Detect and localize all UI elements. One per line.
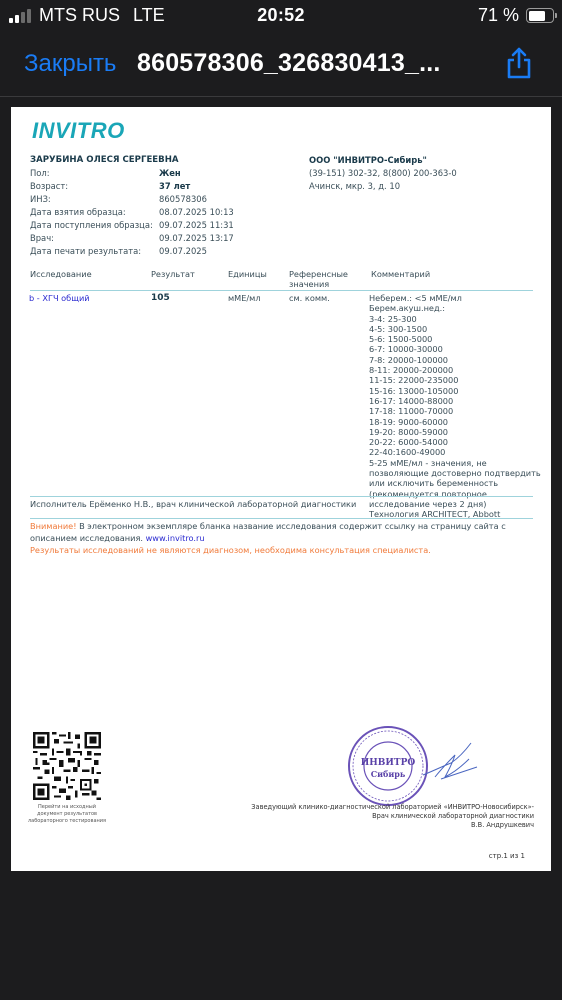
info-label: ИНЗ: bbox=[30, 193, 159, 206]
comment-line: (рекомендуется повторное bbox=[369, 489, 544, 499]
info-label: Возраст: bbox=[30, 180, 159, 193]
signer-block: Заведующий клинико-диагностической лабор… bbox=[251, 803, 534, 830]
info-value: 860578306 bbox=[159, 193, 207, 206]
executor-line: Исполнитель Ерёменко Н.В., врач клиничес… bbox=[30, 499, 356, 509]
qr-caption: Перейти на исходный документ результатов… bbox=[25, 804, 109, 825]
document-title: 860578306_326830413_... bbox=[137, 49, 441, 78]
divider bbox=[30, 518, 533, 519]
org-phone: (39-151) 302-32, 8(800) 200-363-0 bbox=[309, 167, 457, 180]
comment-line: 8-11: 20000-200000 bbox=[369, 365, 544, 375]
info-value: 08.07.2025 10:13 bbox=[159, 206, 234, 219]
comment-line: исследование через 2 дня) bbox=[369, 499, 544, 509]
test-name-link[interactable]: b - ХГЧ общий bbox=[29, 293, 90, 303]
result-value: 105 bbox=[151, 293, 170, 303]
organization-info: ООО "ИНВИТРО-Сибирь" (39-151) 302-32, 8(… bbox=[309, 154, 457, 193]
document-page[interactable]: INVITRO ЗАРУБИНА ОЛЕСЯ СЕРГЕЕВНА Пол: Же… bbox=[11, 107, 551, 871]
battery-icon bbox=[526, 8, 554, 23]
header-test: Исследование bbox=[30, 269, 92, 279]
info-label: Врач: bbox=[30, 232, 159, 245]
comment-line: 22-40:1600-49000 bbox=[369, 447, 544, 457]
comment-line: 19-20: 8000-59000 bbox=[369, 427, 544, 437]
share-button[interactable] bbox=[504, 46, 534, 80]
comment-line: 16-17: 14000-88000 bbox=[369, 396, 544, 406]
info-row-inz: ИНЗ: 860578306 bbox=[30, 193, 234, 206]
comment-cell: Неберем.: <5 мМЕ/мл Берем.акуш.нед.: 3-4… bbox=[369, 293, 544, 520]
comment-line: 5-6: 1500-5000 bbox=[369, 334, 544, 344]
info-row-doctor: Врач: 09.07.2025 13:17 bbox=[30, 232, 234, 245]
comment-line: 6-7: 10000-30000 bbox=[369, 344, 544, 354]
header-units: Единицы bbox=[228, 269, 267, 279]
info-label: Дата печати результата: bbox=[30, 245, 159, 258]
header-comment: Комментарий bbox=[371, 269, 430, 279]
comment-line: 20-22: 6000-54000 bbox=[369, 437, 544, 447]
status-bar: MTS RUS LTE 20:52 71 % bbox=[0, 0, 562, 34]
notice-paragraph: Внимание! В электронном экземпляре бланк… bbox=[30, 520, 540, 544]
notice-block: Внимание! В электронном экземпляре бланк… bbox=[30, 520, 540, 556]
info-value: 09.07.2025 13:17 bbox=[159, 232, 234, 245]
info-row-print-date: Дата печати результата: 09.07.2025 bbox=[30, 245, 234, 258]
comment-line: 5-25 мМЕ/мл - значения, не bbox=[369, 458, 544, 468]
nav-bar: Закрыть 860578306_326830413_... bbox=[0, 34, 562, 97]
comment-line: 17-18: 11000-70000 bbox=[369, 406, 544, 416]
comment-line: 3-4: 25-300 bbox=[369, 314, 544, 324]
info-value: 09.07.2025 bbox=[159, 245, 207, 258]
info-value: 37 лет bbox=[159, 180, 190, 193]
signer-line2: Врач клинической лабораторной диагностик… bbox=[251, 812, 534, 821]
stamp-text-1: ИНВИТРО bbox=[361, 758, 416, 768]
invitro-logo: INVITRO bbox=[32, 118, 125, 144]
info-row-sample-date: Дата взятия образца: 08.07.2025 10:13 bbox=[30, 206, 234, 219]
battery-percent: 71 % bbox=[478, 5, 519, 26]
comment-line: или исключить беременность bbox=[369, 478, 544, 488]
stamp-seal-icon: ИНВИТРО Сибирь bbox=[347, 725, 429, 807]
comment-line: позволяющие достоверно подтвердить bbox=[369, 468, 544, 478]
info-row-receipt-date: Дата поступления образца: 09.07.2025 11:… bbox=[30, 219, 234, 232]
info-value: Жен bbox=[159, 167, 181, 180]
comment-line: Берем.акуш.нед.: bbox=[369, 303, 544, 313]
close-button[interactable]: Закрыть bbox=[24, 50, 116, 78]
header-reference: Референсные значения bbox=[289, 269, 348, 289]
reference-values: см. комм. bbox=[289, 293, 330, 303]
org-address: Ачинск, мкр. 3, д. 10 bbox=[309, 180, 457, 193]
signer-line3: В.В. Андрушкевич bbox=[251, 821, 534, 830]
info-label: Пол: bbox=[30, 167, 159, 180]
disclaimer: Результаты исследований не являются диаг… bbox=[30, 544, 540, 556]
signer-line1: Заведующий клинико-диагностической лабор… bbox=[251, 803, 534, 812]
info-label: Дата взятия образца: bbox=[30, 206, 159, 219]
comment-line: Неберем.: <5 мМЕ/мл bbox=[369, 293, 544, 303]
attention-label: Внимание! bbox=[30, 521, 76, 531]
info-row-sex: Пол: Жен bbox=[30, 167, 234, 180]
patient-name: ЗАРУБИНА ОЛЕСЯ СЕРГЕЕВНА bbox=[30, 154, 234, 167]
header-reference-line1: Референсные bbox=[289, 269, 348, 279]
info-row-age: Возраст: 37 лет bbox=[30, 180, 234, 193]
share-icon bbox=[504, 46, 534, 80]
qr-code[interactable] bbox=[33, 732, 101, 800]
page-number: стр.1 из 1 bbox=[489, 852, 525, 860]
patient-info: ЗАРУБИНА ОЛЕСЯ СЕРГЕЕВНА Пол: Жен Возрас… bbox=[30, 154, 234, 258]
header-result: Результат bbox=[151, 269, 195, 279]
header-reference-line2: значения bbox=[289, 279, 329, 289]
comment-line: 11-15: 22000-235000 bbox=[369, 375, 544, 385]
divider bbox=[30, 496, 533, 497]
comment-line: 15-16: 13000-105000 bbox=[369, 386, 544, 396]
status-right: 71 % bbox=[478, 5, 554, 26]
result-units: мМЕ/мл bbox=[228, 293, 261, 303]
invitro-link[interactable]: www.invitro.ru bbox=[146, 533, 205, 543]
signature-icon bbox=[421, 737, 481, 787]
info-label: Дата поступления образца: bbox=[30, 219, 159, 232]
org-name: ООО "ИНВИТРО-Сибирь" bbox=[309, 154, 457, 167]
comment-line: 7-8: 20000-100000 bbox=[369, 355, 544, 365]
notice-text: В электронном экземпляре бланка название… bbox=[30, 521, 506, 543]
comment-line: 18-19: 9000-60000 bbox=[369, 417, 544, 427]
stamp-text-2: Сибирь bbox=[371, 769, 406, 779]
results-table-header: Исследование Результат Единицы Референсн… bbox=[30, 269, 533, 291]
info-value: 09.07.2025 11:31 bbox=[159, 219, 234, 232]
comment-line: 4-5: 300-1500 bbox=[369, 324, 544, 334]
